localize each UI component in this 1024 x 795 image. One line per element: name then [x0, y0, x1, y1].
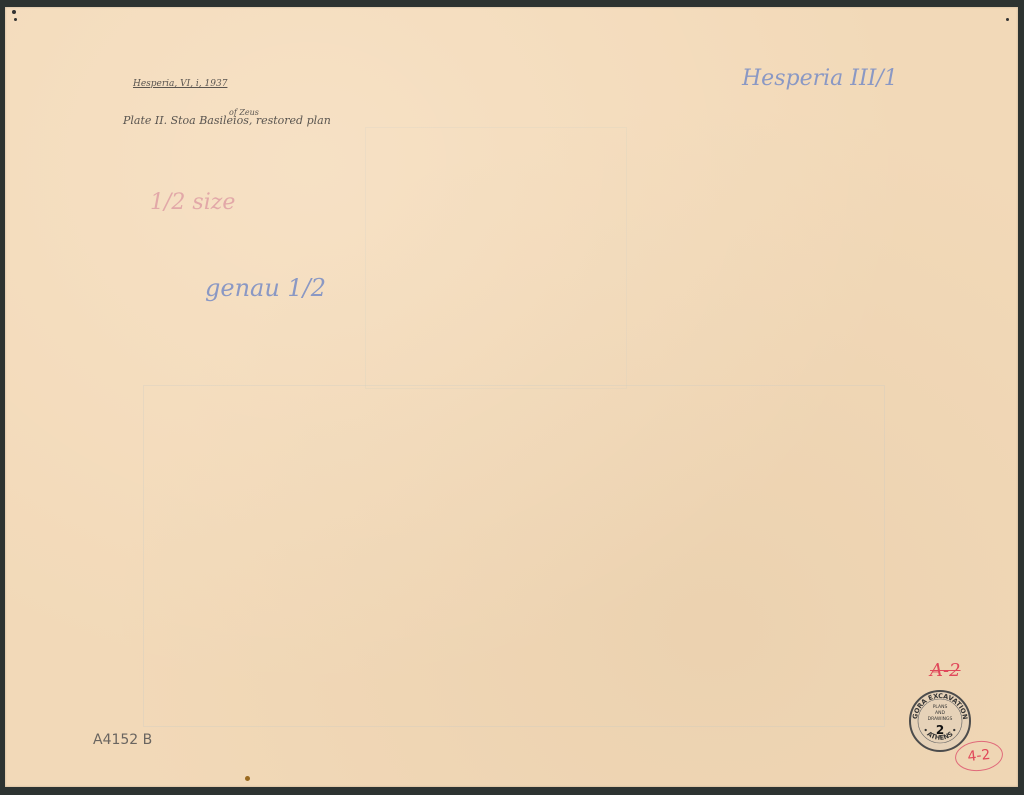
pin-hole [14, 18, 17, 21]
scale-note-blue: genau 1/2 [205, 274, 326, 302]
plate-caption: Plate II. Stoa Basileios, restored plan [123, 114, 331, 127]
faint-mount-outline-upper [365, 127, 627, 389]
reference-note: Hesperia, VI, i, 1937 [133, 79, 227, 89]
size-note-pink: 1/2 size [150, 190, 235, 215]
red-code: A-2 [930, 660, 961, 681]
hesperia-note: Hesperia III/1 [742, 66, 898, 91]
stain-spot [245, 776, 250, 781]
stamp-line-1: PLANS [911, 705, 969, 710]
inventory-number: A4152 B [93, 732, 152, 748]
agora-excavations-stamp: AGORA EXCAVATIONS • ATHENS • PLANS AND D… [909, 690, 971, 752]
stamp-line-3: DRAWINGS [911, 717, 969, 722]
stamp-number: 2 [911, 723, 969, 737]
faint-mount-outline [143, 385, 885, 727]
pin-hole [12, 10, 16, 14]
stamp-line-2: AND [911, 711, 969, 716]
pin-hole [1006, 18, 1009, 21]
